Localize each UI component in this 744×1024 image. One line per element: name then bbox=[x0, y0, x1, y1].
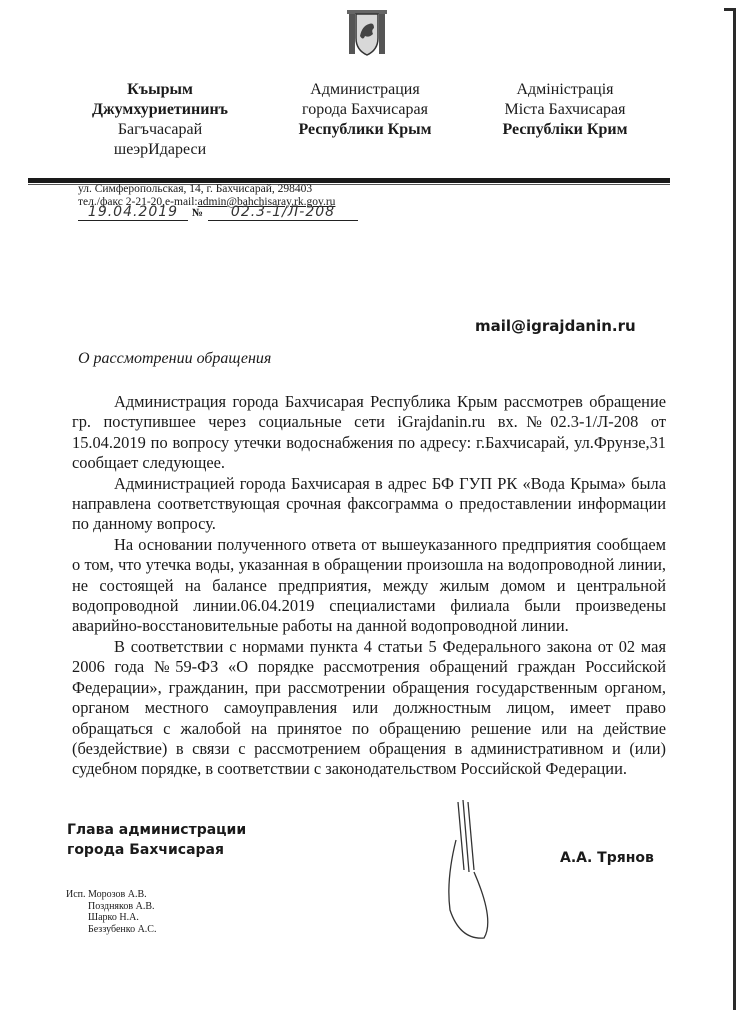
signatory-name: А.А. Трянов bbox=[560, 850, 654, 866]
outgoing-number: 02.3-1/Л-208 bbox=[208, 204, 358, 221]
coat-of-arms-icon bbox=[347, 8, 387, 58]
header-crimean-tatar: Къырым Джумхуриетининъ Багъчасарай шеэрИ… bbox=[60, 80, 260, 160]
header-russian: Администрация города Бахчисарая Республи… bbox=[275, 80, 455, 140]
reference-line: 19.04.2019 № 02.3-1/Л-208 bbox=[78, 204, 378, 222]
number-label: № bbox=[192, 207, 203, 219]
header-line: города Бахчисарая bbox=[275, 100, 455, 120]
executor: Шарко Н.А. bbox=[66, 912, 156, 924]
header-line: шеэрИдареси bbox=[60, 140, 260, 160]
page-edge-corner bbox=[724, 8, 736, 11]
header-line: Адміністрація bbox=[470, 80, 660, 100]
executor: Беззубенко А.С. bbox=[66, 924, 156, 936]
body-paragraph: На основании полученного ответа от вышеу… bbox=[72, 535, 666, 637]
page-edge bbox=[733, 10, 736, 1010]
header-ukrainian: Адміністрація Міста Бахчисарая Республік… bbox=[470, 80, 660, 140]
header-line: Администрация bbox=[275, 80, 455, 100]
header-line: Къырым bbox=[127, 81, 193, 98]
signatory-title-line: Глава администрации bbox=[67, 820, 246, 840]
header-line: Республіки Крим bbox=[502, 121, 627, 138]
header-line: Республики Крым bbox=[298, 121, 431, 138]
header-line: Багъчасарай bbox=[60, 120, 260, 140]
header-line: Міста Бахчисарая bbox=[470, 100, 660, 120]
body-paragraph: Администрацией города Бахчисарая в адрес… bbox=[72, 474, 666, 535]
signatory-title-line: города Бахчисарая bbox=[67, 840, 246, 860]
recipient-email: mail@igrajdanin.ru bbox=[475, 317, 636, 335]
handwritten-signature-icon bbox=[440, 800, 520, 950]
letter-body: Администрация города Бахчисарая Республи… bbox=[72, 392, 666, 780]
body-paragraph: В соответствии с нормами пункта 4 статьи… bbox=[72, 637, 666, 780]
outgoing-date: 19.04.2019 bbox=[78, 204, 188, 221]
executor: Поздняков А.В. bbox=[66, 901, 156, 913]
letter-subject: О рассмотрении обращения bbox=[78, 350, 271, 368]
signatory-title: Глава администрации города Бахчисарая bbox=[67, 820, 246, 860]
executors-list: Исп. Морозов А.В. Поздняков А.В. Шарко Н… bbox=[66, 889, 156, 935]
executor: Исп. Морозов А.В. bbox=[66, 889, 156, 901]
body-paragraph: Администрация города Бахчисарая Республи… bbox=[72, 392, 666, 474]
header-line: Джумхуриетининъ bbox=[92, 101, 228, 118]
address-line: ул. Симферопольская, 14, г. Бахчисарай, … bbox=[78, 183, 335, 196]
